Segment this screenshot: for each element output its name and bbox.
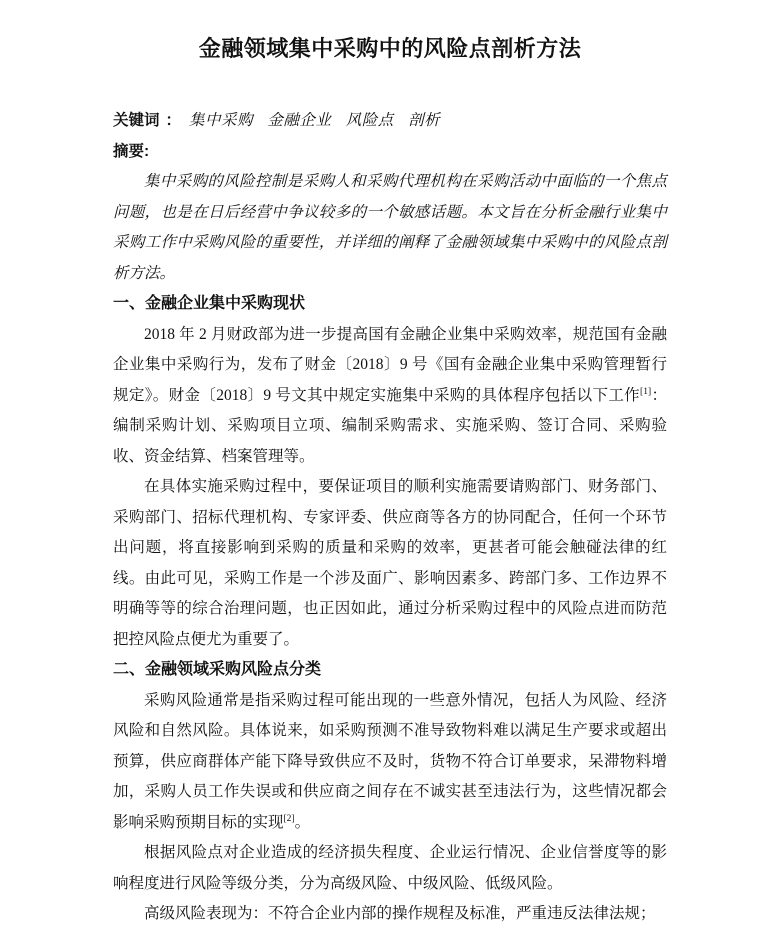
paragraph-text: 根据风险点对企业造成的经济损失程度、企业运行情况、企业信誉度等的影响程度进行风险… — [113, 844, 667, 892]
document-page: 金融领域集中采购中的风险点剖析方法 关键词：集中采购 金融企业 风险点 剖析 摘… — [0, 0, 780, 931]
abstract-label: 摘要: — [113, 137, 667, 168]
paragraph-text: 。 — [295, 814, 311, 831]
keywords-separator: ： — [166, 112, 182, 129]
section-1-paragraph-2: 在具体实施采购过程中，要保证项目的顺利实施需要请购部门、财务部门、采购部门、招标… — [113, 472, 667, 655]
paragraph-text: 在具体实施采购过程中，要保证项目的顺利实施需要请购部门、财务部门、采购部门、招标… — [113, 478, 667, 648]
section-1-heading: 一、金融企业集中采购现状 — [113, 289, 667, 320]
section-1-paragraph-1: 2018 年 2 月财政部为进一步提高国有金融企业集中采购效率，规范国有金融企业… — [113, 320, 667, 473]
section-2-heading: 二、金融领域采购风险点分类 — [113, 655, 667, 686]
keywords-label: 关键词 — [113, 112, 160, 129]
footnote-ref-1: [1] — [640, 386, 651, 396]
abstract-paragraph: 集中采购的风险控制是采购人和采购代理机构在采购活动中面临的一个焦点问题，也是在日… — [113, 167, 667, 289]
paragraph-text: 2018 年 2 月财政部为进一步提高国有金融企业集中采购效率，规范国有金融企业… — [113, 326, 667, 404]
keywords-line: 关键词：集中采购 金融企业 风险点 剖析 — [113, 106, 667, 137]
document-title: 金融领域集中采购中的风险点剖析方法 — [113, 36, 667, 62]
section-2-paragraph-3: 高级风险表现为：不符合企业内部的操作规程及标准，严重违反法律法规； — [113, 899, 667, 930]
section-2-paragraph-1: 采购风险通常是指采购过程可能出现的一些意外情况，包括人为风险、经济风险和自然风险… — [113, 686, 667, 839]
paragraph-text: 高级风险表现为：不符合企业内部的操作规程及标准，严重违反法律法规； — [144, 905, 656, 922]
keywords-values: 集中采购 金融企业 风险点 剖析 — [189, 112, 440, 129]
paragraph-text: 采购风险通常是指采购过程可能出现的一些意外情况，包括人为风险、经济风险和自然风险… — [113, 692, 667, 831]
section-2-paragraph-2: 根据风险点对企业造成的经济损失程度、企业运行情况、企业信誉度等的影响程度进行风险… — [113, 838, 667, 899]
footnote-ref-2: [2] — [284, 813, 295, 823]
